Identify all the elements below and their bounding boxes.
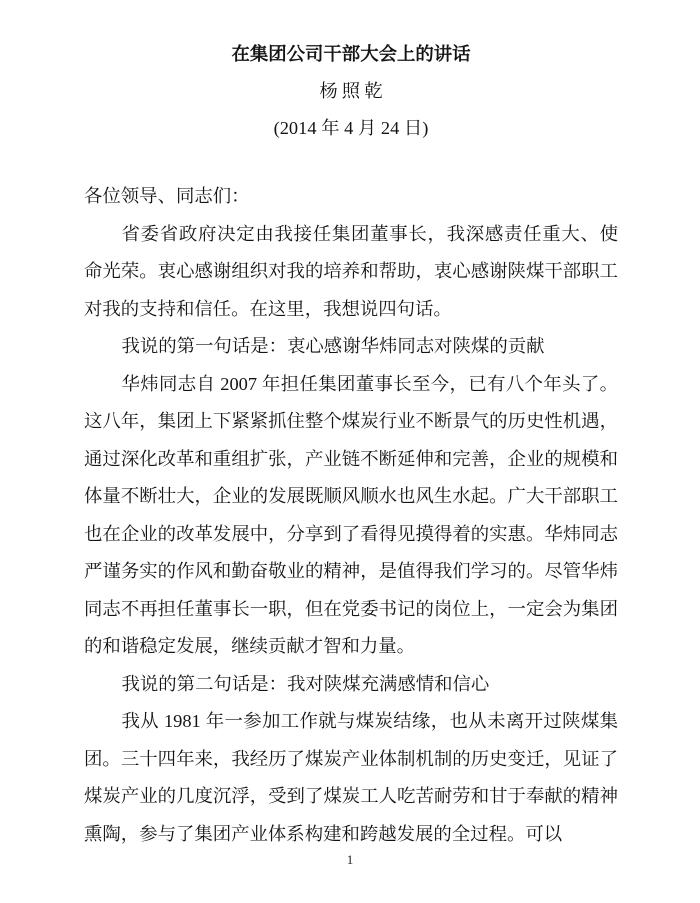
paragraph: 省委省政府决定由我接任集团董事长，我深感责任重大、使命光荣。衷心感谢组织对我的培… [84, 216, 618, 329]
paragraph: 我说的第二句话是：我对陕煤充满感情和信心 [84, 666, 618, 704]
page-number: 1 [0, 852, 700, 868]
paragraph: 华炜同志自 2007 年担任集团董事长至今，已有八个年头了。这八年，集团上下紧紧… [84, 366, 618, 666]
paragraph: 我从 1981 年一参加工作就与煤炭结缘，也从未离开过陕煤集团。三十四年来，我经… [84, 703, 618, 853]
document-page: 在集团公司干部大会上的讲话 杨照乾 (2014 年 4 月 24 日) 各位领导… [0, 0, 700, 903]
paragraph: 我说的第一句话是：衷心感谢华炜同志对陕煤的贡献 [84, 328, 618, 366]
doc-author: 杨照乾 [84, 73, 618, 110]
doc-body: 各位领导、同志们：省委省政府决定由我接任集团董事长，我深感责任重大、使命光荣。衷… [84, 178, 618, 853]
doc-title: 在集团公司干部大会上的讲话 [84, 35, 618, 73]
paragraph: 各位领导、同志们： [84, 178, 618, 216]
doc-date: (2014 年 4 月 24 日) [84, 110, 618, 147]
